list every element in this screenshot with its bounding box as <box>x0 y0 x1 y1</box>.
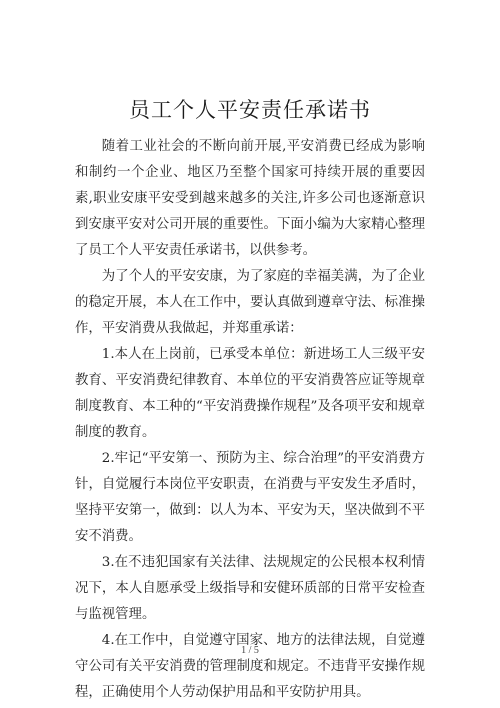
paragraph-item-1: 1.本人在上岗前，已承受本单位：新进场工人三级平安教育、平安消费纪律教育、本单位… <box>75 342 425 446</box>
document-page: 员工个人平安责任承诺书 随着工业社会的不断向前开展,平安消费已经成为影响和制约一… <box>0 0 500 708</box>
paragraph-item-3: 3.在不违犯国家有关法律、法规规定的公民根本权利情况下，本人自愿承受上级指导和安… <box>75 550 425 628</box>
paragraph-item-2: 2.牢记“平安第一、预防为主、综合治理”的平安消费方针，自觉履行本岗位平安职责，… <box>75 446 425 550</box>
paragraph-pledge-preamble: 为了个人的平安安康，为了家庭的幸福美满，为了企业的稳定开展，本人在工作中，要认真… <box>75 264 425 342</box>
paragraph-item-4: 4.在工作中，自觉遵守国家、地方的法律法规，自觉遵守公司有关平安消费的管理制度和… <box>75 628 425 706</box>
document-title: 员工个人平安责任承诺书 <box>0 94 500 124</box>
document-body: 随着工业社会的不断向前开展,平安消费已经成为影响和制约一个企业、地区乃至整个国家… <box>75 134 425 706</box>
page-indicator: 1 / 5 <box>0 645 500 656</box>
paragraph-intro: 随着工业社会的不断向前开展,平安消费已经成为影响和制约一个企业、地区乃至整个国家… <box>75 134 425 264</box>
